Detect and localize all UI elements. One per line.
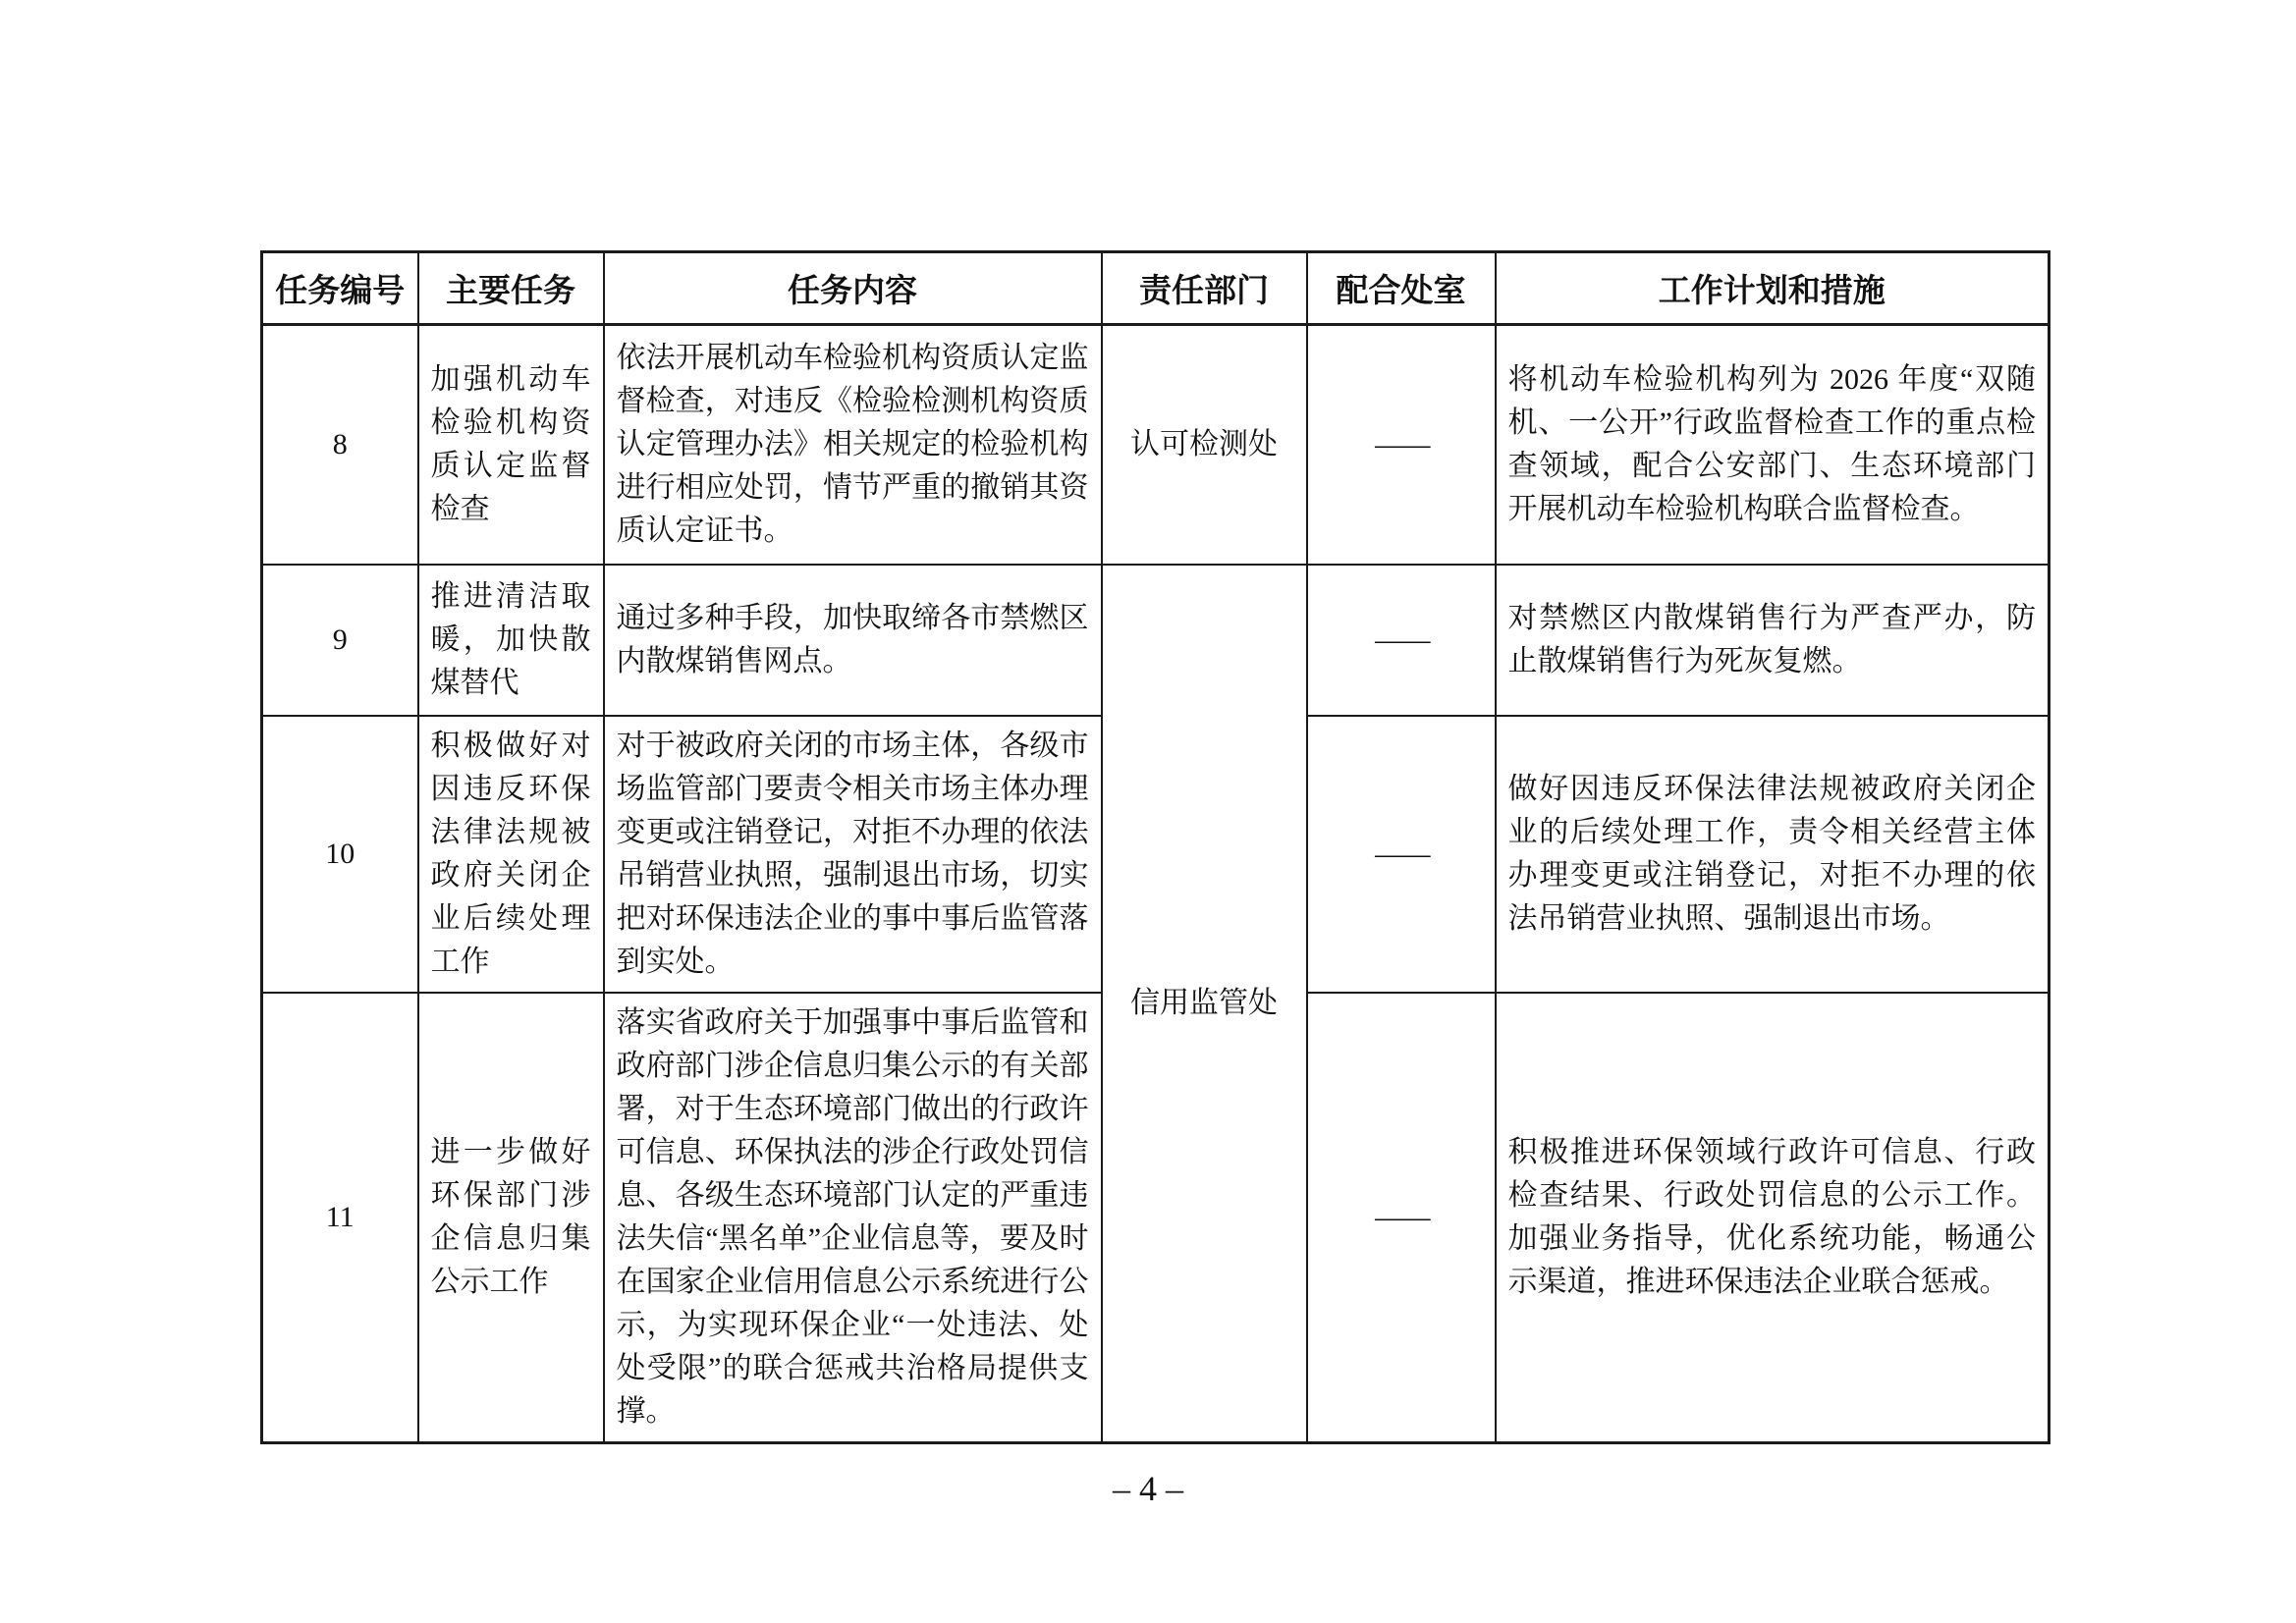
task-id-cell: 10 bbox=[262, 716, 418, 993]
task-id-cell: 9 bbox=[262, 565, 418, 716]
col-header-task-id: 任务编号 bbox=[262, 252, 418, 325]
dash-placeholder: —— bbox=[1375, 623, 1427, 656]
col-header-content: 任务内容 bbox=[604, 252, 1102, 325]
task-id-cell: 8 bbox=[262, 325, 418, 565]
task-id-cell: 11 bbox=[262, 993, 418, 1443]
dash-placeholder: —— bbox=[1375, 1201, 1427, 1233]
plan-cell: 做好因违反环保法律法规被政府关闭企业的后续处理工作，责令相关经营主体办理变更或注… bbox=[1496, 716, 2050, 993]
dept-cell: 认可检测处 bbox=[1102, 325, 1307, 565]
col-header-plan: 工作计划和措施 bbox=[1496, 252, 2050, 325]
content-cell: 通过多种手段，加快取缔各市禁燃区内散煤销售网点。 bbox=[604, 565, 1102, 716]
main-task-cell: 进一步做好环保部门涉企信息归集公示工作 bbox=[418, 993, 604, 1443]
coop-cell: —— bbox=[1307, 325, 1496, 565]
content-cell: 依法开展机动车检验机构资质认定监督检查，对违反《检验检测机构资质认定管理办法》相… bbox=[604, 325, 1102, 565]
coop-cell: —— bbox=[1307, 565, 1496, 716]
document-page: 任务编号 主要任务 任务内容 责任部门 配合处室 工作计划和措施 8 加强机动车… bbox=[0, 0, 2296, 1623]
col-header-dept: 责任部门 bbox=[1102, 252, 1307, 325]
plan-cell: 对禁燃区内散煤销售行为严查严办，防止散煤销售行为死灰复燃。 bbox=[1496, 565, 2050, 716]
content-cell: 对于被政府关闭的市场主体，各级市场监管部门要责令相关市场主体办理变更或注销登记，… bbox=[604, 716, 1102, 993]
table-row-9: 9 推进清洁取暖，加快散煤替代 通过多种手段，加快取缔各市禁燃区内散煤销售网点。… bbox=[262, 565, 2050, 716]
page-number: – 4 – bbox=[0, 1468, 2296, 1509]
dash-placeholder: —— bbox=[1375, 428, 1427, 460]
col-header-main-task: 主要任务 bbox=[418, 252, 604, 325]
table-row-8: 8 加强机动车检验机构资质认定监督检查 依法开展机动车检验机构资质认定监督检查，… bbox=[262, 325, 2050, 565]
col-header-coop: 配合处室 bbox=[1307, 252, 1496, 325]
dash-placeholder: —— bbox=[1375, 838, 1427, 870]
main-task-cell: 推进清洁取暖，加快散煤替代 bbox=[418, 565, 604, 716]
dept-cell-merged: 信用监管处 bbox=[1102, 565, 1307, 1443]
plan-cell: 将机动车检验机构列为 2026 年度“双随机、一公开”行政监督检查工作的重点检查… bbox=[1496, 325, 2050, 565]
content-cell: 落实省政府关于加强事中事后监管和政府部门涉企信息归集公示的有关部署，对于生态环境… bbox=[604, 993, 1102, 1443]
coop-cell: —— bbox=[1307, 993, 1496, 1443]
plan-cell: 积极推进环保领域行政许可信息、行政检查结果、行政处罚信息的公示工作。加强业务指导… bbox=[1496, 993, 2050, 1443]
coop-cell: —— bbox=[1307, 716, 1496, 993]
main-task-cell: 加强机动车检验机构资质认定监督检查 bbox=[418, 325, 604, 565]
table-header-row: 任务编号 主要任务 任务内容 责任部门 配合处室 工作计划和措施 bbox=[262, 252, 2050, 325]
task-table: 任务编号 主要任务 任务内容 责任部门 配合处室 工作计划和措施 8 加强机动车… bbox=[260, 250, 2050, 1444]
main-task-cell: 积极做好对因违反环保法律法规被政府关闭企业后续处理工作 bbox=[418, 716, 604, 993]
